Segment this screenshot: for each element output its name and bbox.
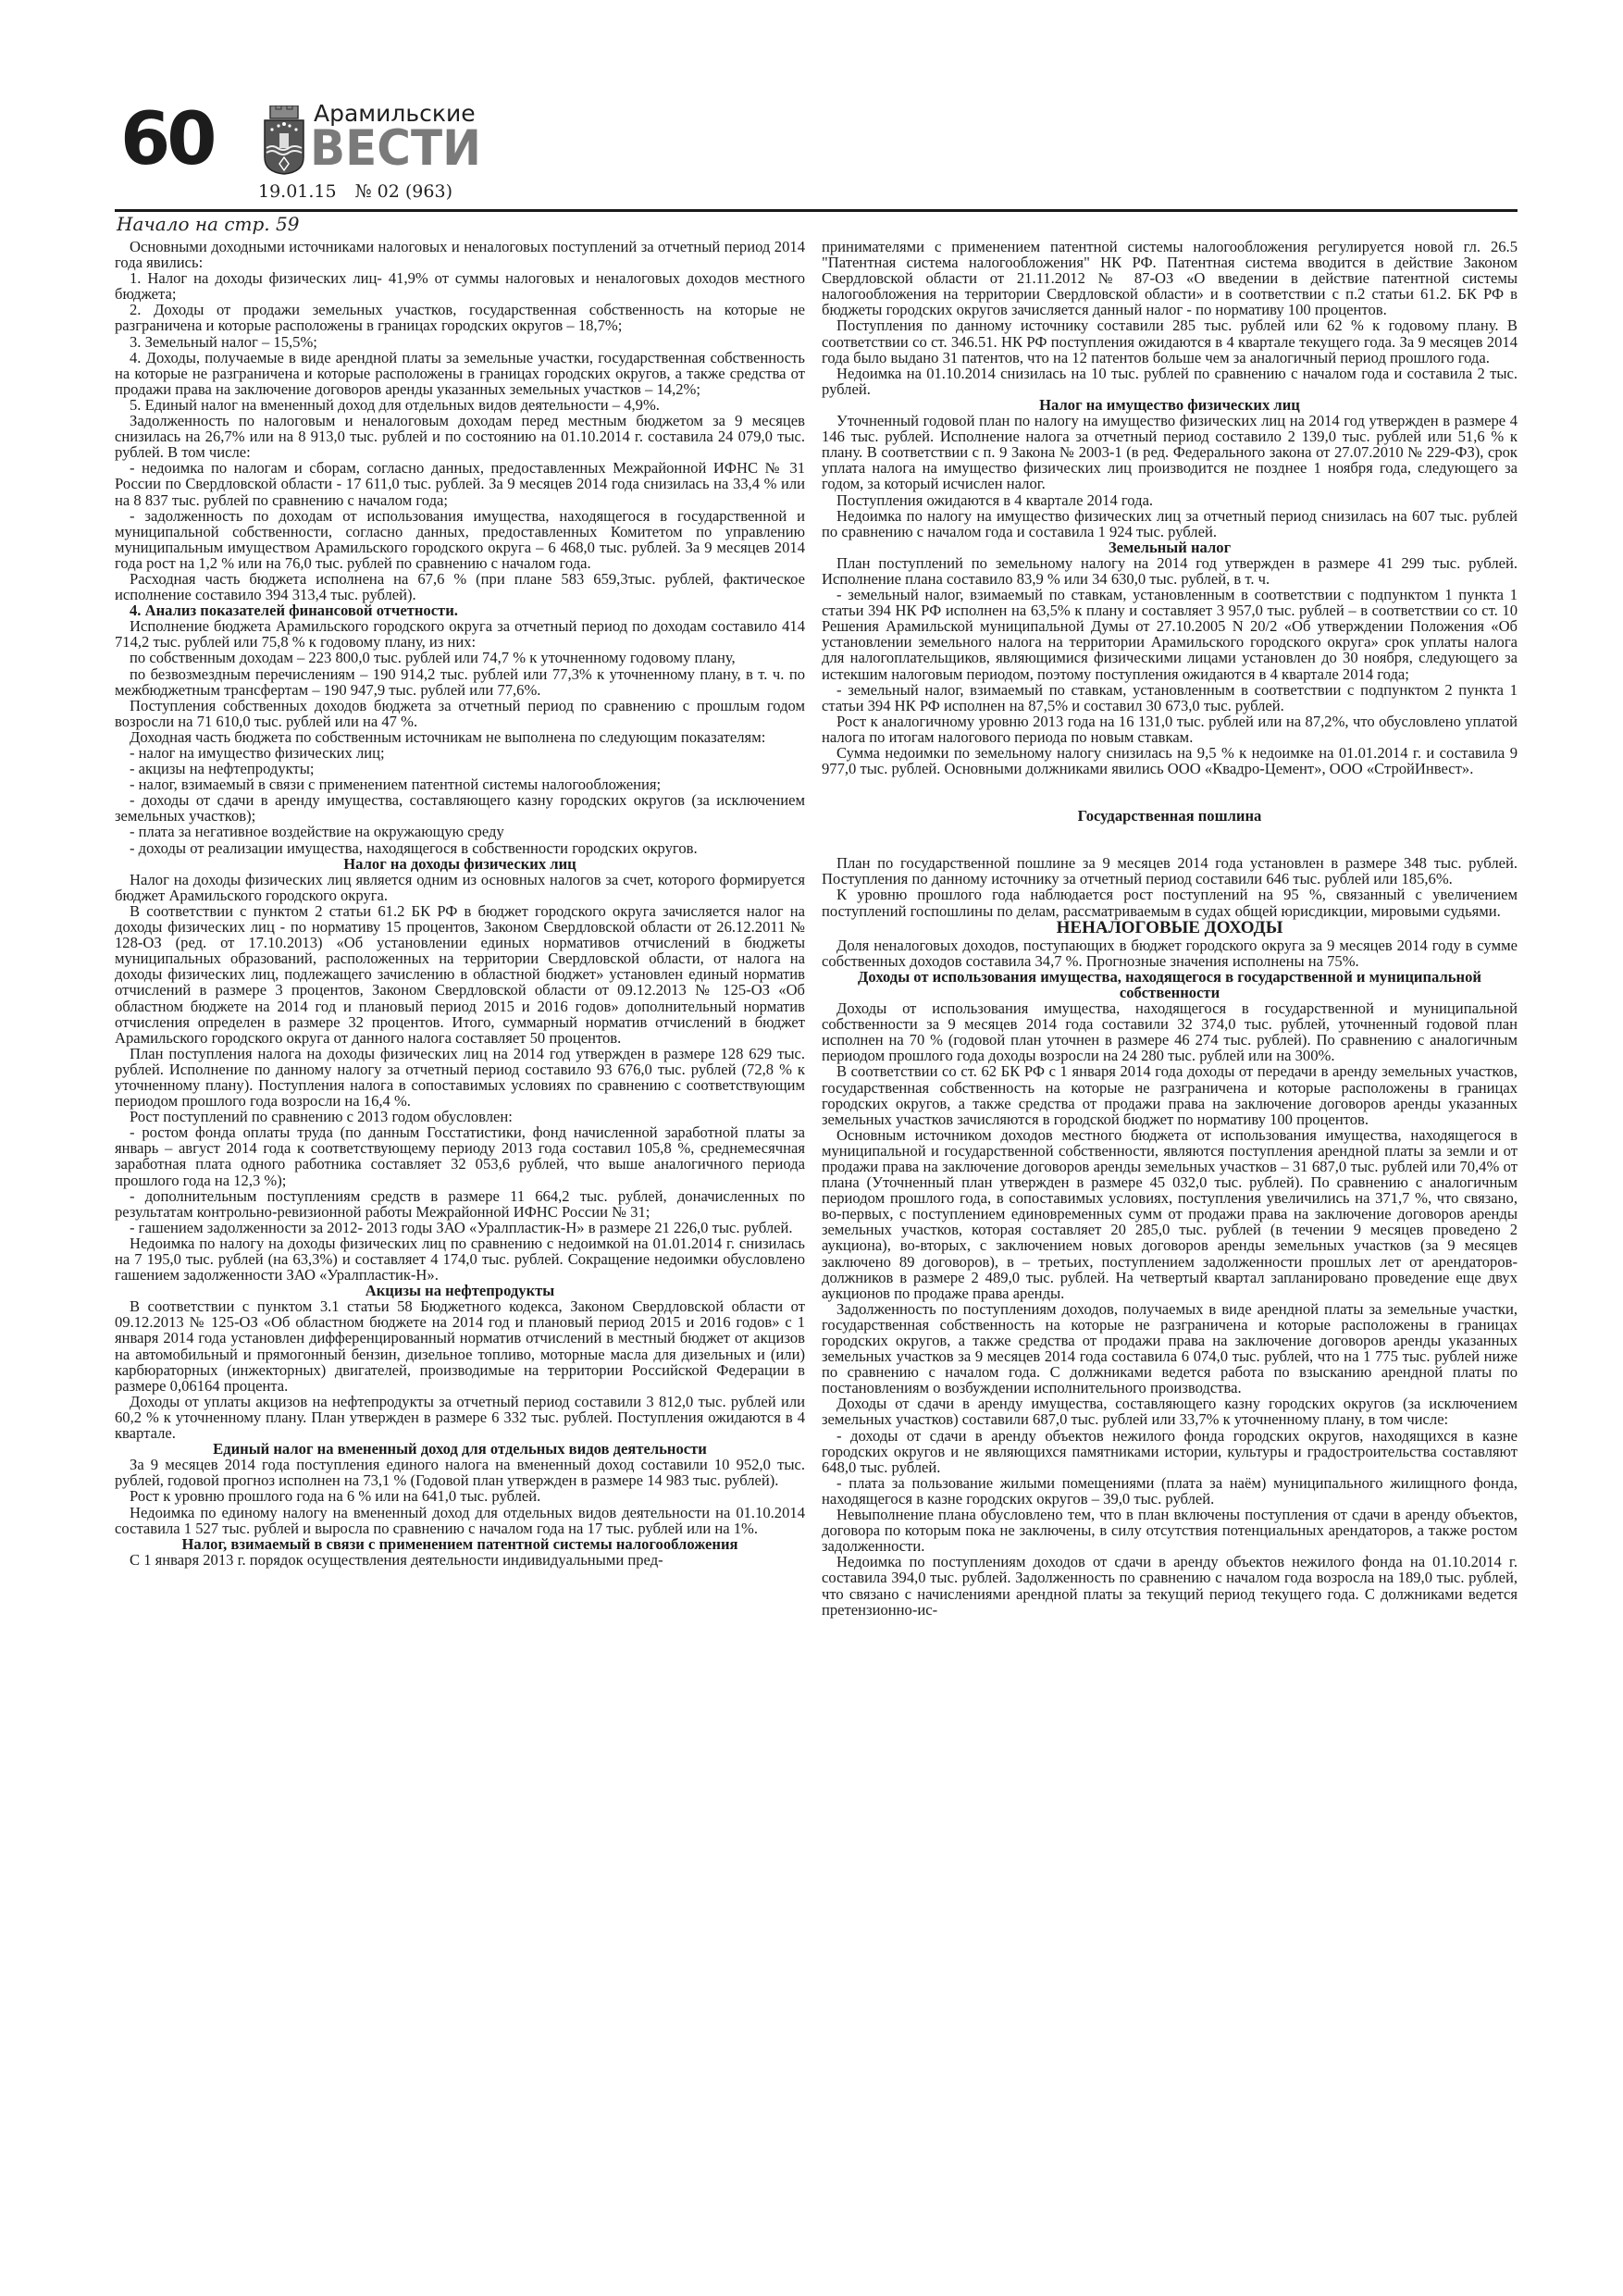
paragraph: Уточненный годовой план по налогу на иму…	[822, 413, 1518, 491]
list-item: - доходы от сдачи в аренду имущества, со…	[115, 792, 805, 824]
paragraph: За 9 месяцев 2014 года поступления едино…	[115, 1457, 805, 1488]
section-heading: Налог на имущество физических лиц	[822, 397, 1518, 413]
paragraph: Задолженность по поступлениям доходов, п…	[822, 1301, 1518, 1396]
issue-number: № 02 (963)	[355, 181, 452, 202]
paragraph: План поступлений по земельному налогу на…	[822, 555, 1518, 587]
paragraph: Расходная часть бюджета исполнена на 67,…	[115, 571, 805, 602]
paragraph: Доходы от сдачи в аренду имущества, сост…	[822, 1396, 1518, 1427]
list-item: 2. Доходы от продажи земельных участков,…	[115, 302, 805, 333]
article-column-left: Основными доходными источниками налоговы…	[115, 239, 805, 1568]
list-item: 5. Единый налог на вмененный доход для о…	[115, 397, 805, 413]
paragraph: Задолженность по налоговым и неналоговым…	[115, 413, 805, 460]
list-item: - налог, взимаемый в связи с применением…	[115, 776, 805, 792]
section-heading: Государственная пошлина	[822, 808, 1518, 824]
paragraph: Доходы от уплаты акцизов на нефтепродукт…	[115, 1394, 805, 1441]
paragraph: К уровню прошлого года наблюдается рост …	[822, 887, 1518, 918]
list-item: - дополнительным поступлениям средств в …	[115, 1188, 805, 1220]
issue-info: 19.01.15 № 02 (963)	[258, 181, 465, 202]
list-item: - гашением задолженности за 2012- 2013 г…	[115, 1220, 805, 1235]
paragraph: по собственным доходам – 223 800,0 тыс. …	[115, 650, 805, 665]
paragraph: В соответствии со ст. 62 БК РФ с 1 январ…	[822, 1063, 1518, 1126]
coat-of-arms-icon	[263, 105, 305, 176]
paragraph: Доля неналоговых доходов, поступающих в …	[822, 937, 1518, 969]
paragraph: Основным источником доходов местного бюд…	[822, 1127, 1518, 1301]
list-item: 3. Земельный налог – 15,5%;	[115, 334, 805, 350]
paragraph: С 1 января 2013 г. порядок осуществления…	[115, 1552, 805, 1568]
article-column-right: принимателями с применением патентной си…	[822, 239, 1518, 1618]
paragraph: Недоимка на 01.10.2014 снизилась на 10 т…	[822, 366, 1518, 397]
continued-from-note: Начало на стр. 59	[117, 213, 299, 235]
paragraph: - задолженность по доходам от использова…	[115, 508, 805, 571]
spacer	[822, 824, 1518, 855]
paragraph: Невыполнение плана обусловлено тем, что …	[822, 1507, 1518, 1554]
list-item: - земельный налог, взимаемый по ставкам,…	[822, 682, 1518, 714]
list-item: - плата за пользование жилыми помещениям…	[822, 1475, 1518, 1507]
paragraph: Рост поступлений по сравнению с 2013 год…	[115, 1109, 805, 1124]
section-heading: Налог, взимаемый в связи с применением п…	[115, 1536, 805, 1552]
paragraph: Основными доходными источниками налоговы…	[115, 239, 805, 270]
list-item: - ростом фонда оплаты труда (по данным Г…	[115, 1124, 805, 1187]
paragraph: Рост к уровню прошлого года на 6 % или н…	[115, 1488, 805, 1504]
paragraph: Недоимка по налогу на имущество физическ…	[822, 508, 1518, 540]
list-item: - доходы от сдачи в аренду объектов нежи…	[822, 1428, 1518, 1475]
paragraph: Поступления ожидаются в 4 квартале 2014 …	[822, 492, 1518, 508]
section-heading: НЕНАЛОГОВЫЕ ДОХОДЫ	[822, 919, 1518, 937]
issue-date: 19.01.15	[258, 181, 337, 202]
list-item: - плата за негативное воздействие на окр…	[115, 824, 805, 839]
section-heading: Налог на доходы физических лиц	[115, 856, 805, 872]
brand-name-main: ВЕСТИ	[310, 124, 481, 173]
section-heading: Единый налог на вмененный доход для отде…	[115, 1441, 805, 1457]
list-item: 4. Доходы, получаемые в виде арендной пл…	[115, 350, 805, 397]
paragraph: Рост к аналогичному уровню 2013 года на …	[822, 714, 1518, 745]
paragraph: Недоимка по налогу на доходы физических …	[115, 1235, 805, 1283]
section-heading: 4. Анализ показателей финансовой отчетно…	[115, 602, 805, 618]
paragraph: План поступления налога на доходы физиче…	[115, 1046, 805, 1109]
paragraph: Доходы от использования имущества, наход…	[822, 1000, 1518, 1063]
paragraph: Налог на доходы физических лиц является …	[115, 872, 805, 903]
newspaper-masthead: 60 Арамильские ВЕСТИ 19.01.15 № 02 (963)	[115, 102, 1518, 213]
page-number: 60	[120, 104, 214, 176]
paragraph: Доходная часть бюджета по собственным ис…	[115, 729, 805, 745]
paragraph: В соответствии с пунктом 3.1 статьи 58 Б…	[115, 1298, 805, 1394]
paragraph: План по государственной пошлине за 9 мес…	[822, 855, 1518, 887]
spacer	[822, 776, 1518, 808]
section-heading: Земельный налог	[822, 540, 1518, 555]
paragraph: Поступления собственных доходов бюджета …	[115, 698, 805, 729]
paragraph: Исполнение бюджета Арамильского городско…	[115, 618, 805, 650]
list-item: 1. Налог на доходы физических лиц- 41,9%…	[115, 270, 805, 302]
list-item: - налог на имущество физических лиц;	[115, 745, 805, 761]
paragraph: Сумма недоимки по земельному налогу сниз…	[822, 745, 1518, 776]
list-item: - акцизы на нефтепродукты;	[115, 761, 805, 776]
paragraph: по безвозмездным перечислениям – 190 914…	[115, 666, 805, 698]
paragraph: Недоимка по единому налогу на вмененный …	[115, 1505, 805, 1536]
paragraph: В соответствии с пунктом 2 статьи 61.2 Б…	[115, 903, 805, 1046]
section-heading: Доходы от использования имущества, наход…	[822, 969, 1518, 1000]
list-item: - земельный налог, взимаемый по ставкам,…	[822, 587, 1518, 682]
paragraph: Недоимка по поступлениям доходов от сдач…	[822, 1554, 1518, 1617]
paragraph: принимателями с применением патентной си…	[822, 239, 1518, 317]
header-divider	[115, 209, 1518, 212]
section-heading: Акцизы на нефтепродукты	[115, 1283, 805, 1298]
paragraph: - недоимка по налогам и сборам, согласно…	[115, 460, 805, 507]
list-item: - доходы от реализации имущества, находя…	[115, 840, 805, 856]
paragraph: Поступления по данному источнику состави…	[822, 317, 1518, 365]
